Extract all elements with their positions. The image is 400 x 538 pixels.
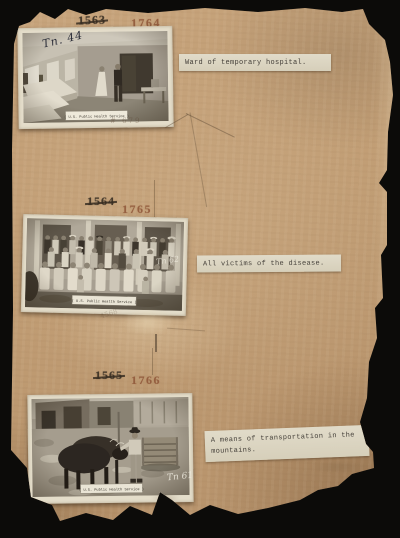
struck-number: 1565	[95, 368, 123, 383]
paper-mark	[155, 334, 157, 352]
torn-edge-highlight-bottom	[0, 516, 400, 538]
photo-ox-image: ( U.S. Public Health Service )	[31, 397, 189, 497]
struck-number: 1564	[87, 194, 115, 209]
caption-ward: Ward of temporary hospital.	[179, 54, 331, 71]
faint-pencil-smudge	[310, 461, 364, 473]
photo-ox-transportation: ( U.S. Public Health Service )	[27, 393, 193, 504]
torn-edge-highlight-right	[374, 0, 400, 538]
paper-crease	[152, 348, 153, 375]
pencil-scratch-line	[190, 112, 208, 207]
photo-credit-label: ( U.S. Public Health Service )	[79, 487, 144, 493]
photo-hospital-ward: ( U.S. Public Health Service )	[17, 26, 173, 129]
paper-crease	[154, 180, 155, 217]
paper-crease	[167, 328, 205, 332]
archival-number-old-3: 1565	[95, 368, 123, 383]
caption-victims: All victims of the disease.	[197, 254, 341, 272]
archival-number-new-3: 1766	[131, 373, 161, 388]
archival-number-old-2: 1564	[87, 194, 115, 209]
archival-number-new-2: 1765	[122, 202, 152, 217]
album-page: 1563 1764	[0, 0, 400, 538]
caption-transportation: A means of transportation in the mountai…	[204, 425, 369, 462]
pencil-note-1: # 679	[110, 117, 141, 125]
